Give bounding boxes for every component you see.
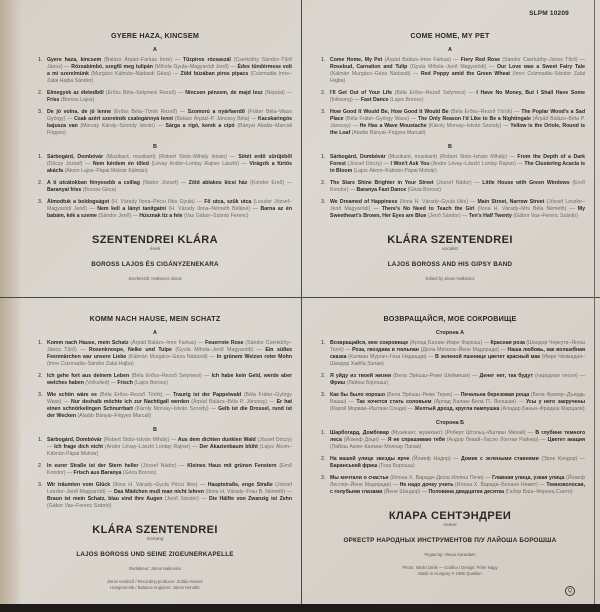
track-medley: We Dreamed of Happiness (Ilona H. Várady…: [330, 199, 585, 220]
track-medley: На вашей улице звезды ярче (Йожеф Надор)…: [330, 456, 585, 470]
song-credits: (Árpád Balázs–Imre Farkas) —: [382, 57, 460, 63]
song-title: Половина двадцатки десятка: [428, 489, 504, 495]
song-credits: (Volkslied) —: [84, 380, 117, 386]
song-credits: (Kálmán Murgács–Géza Nádasdi) —: [330, 71, 421, 77]
track-medley: De jó volna, de jó lenne (Erőss Béla–Tör…: [47, 109, 292, 137]
song-title: Sötét erdő sűrűjéből: [238, 154, 292, 160]
editor-credit: Redakteur: János Halkovics: [12, 566, 298, 571]
song-title: Hauptstraße, enge Straße: [208, 482, 273, 488]
song-credits: (Калман Мургач–Геза Надашди) —: [347, 354, 436, 360]
song-title: Traurig ist der Pappelwald: [173, 392, 241, 398]
song-credits: (Béla Erőss–Rezső Török) —: [97, 392, 173, 398]
song-credits: (Béla Fráter–György Wass) —: [344, 116, 418, 122]
track-number: 1.: [321, 57, 330, 85]
track-medley: Sárbogárd, Dombóvár (Musikant, musikant)…: [330, 154, 585, 175]
song-credits: (Йене Шандор) —: [382, 489, 428, 495]
song-credits: (Лайош Борошш): [345, 380, 388, 386]
track-entry: 3.Wir träumten vom Glück (Ilona H. Várad…: [38, 482, 292, 510]
song-title: Rosenknospe, Nelke und Tulpe: [89, 347, 172, 353]
editor-credit: Edited by János Halkovics: [307, 276, 593, 281]
song-credits: (Aladár Bányai–Frigyes Marcali): [350, 130, 425, 136]
side-label: B: [12, 427, 298, 433]
side-label: B: [307, 144, 593, 150]
song-credits: (Népdal) —: [263, 90, 292, 96]
band-name: ОРКЕСТР НАРОДНЫХ ИНСТРУМЕНТОВ П/У ЛАЙОША…: [307, 537, 593, 544]
song-title: Sárbogárd, Dombóvár: [47, 437, 102, 443]
song-title: Sárbogárd, Dombóvár: [47, 154, 103, 160]
artist-role: ének: [12, 247, 298, 252]
song-credits: (Béla Erőss–Rezső Török) —: [449, 109, 522, 115]
track-number: 2.: [321, 90, 330, 104]
song-credits: (Balázs Árpád–P. Jánossy Béla) —: [173, 116, 258, 122]
song-title: В зеленой пшенице цветет красный мак: [435, 354, 540, 360]
song-credits: (Sándor Cserkúthy–János Tűrő) —: [500, 57, 585, 63]
song-credits: (Dóczy József) —: [47, 161, 93, 167]
song-title: Aus dem dichten dunklen Wald: [178, 437, 256, 443]
song-title: In eurer Straße ist der Stern heller: [47, 463, 138, 469]
song-credits: (Аладар Баньи–Фридеш Марцали): [499, 406, 584, 412]
song-title: Возвращайся, мое сокровище: [330, 340, 408, 346]
song-title: Nur deshalb möchte ich zur Nachtigall we…: [71, 399, 189, 405]
production-credit-line: Hangmérnök / Balance engineer: János Hor…: [12, 585, 298, 591]
song-title: Zöld búzában piros pipacs: [181, 71, 249, 77]
track-medley: Wie schön wäre es (Béla Erőss–Rezső Törö…: [47, 392, 292, 420]
track-entry: 3.De jó volna, de jó lenne (Erőss Béla–T…: [38, 109, 292, 137]
song-credits: (Бела Эрëшш–Реже Шеймеши) —: [391, 373, 480, 379]
panel-german: KOMM NACH HAUSE, MEIN SCHATZ A1.Komm nac…: [12, 298, 298, 604]
track-number: 1.: [38, 340, 47, 368]
song-credits: (Nádor József) —: [140, 180, 189, 186]
song-credits: (Lajos Boross): [133, 380, 168, 386]
band-name: BOROSS LAJOS ÉS CIGÁNYZENEKARA: [12, 261, 298, 268]
track-entry: 1.Sárbogárd, Dombóvár (Musikant, musikan…: [38, 154, 292, 175]
track-number: 2.: [321, 456, 330, 470]
panel-divider-vertical: [301, 0, 302, 604]
track-entry: 2.The Stars Shine Brighter in Your Stree…: [321, 180, 585, 194]
song-credits: (Gábor Vas–Ferenc Szántó): [47, 503, 112, 509]
track-medley: Elmegyek az életedből (Erőss Béla–Selyme…: [47, 90, 292, 104]
song-title: Frisch aus Baranya: [74, 470, 122, 476]
song-title: Усы у него закручены: [526, 399, 585, 405]
song-title: На вашей улице звезды ярче: [330, 456, 409, 462]
track-medley: Как бы было хорошо (Бела Эрëшш–Реже Тере…: [330, 392, 585, 413]
song-title: Our Love was a Sweet Fairy Tale: [497, 64, 585, 70]
song-credits: (Йожеф Надор) —: [409, 456, 460, 462]
song-title: Шарбогард, Домбовар: [330, 430, 389, 436]
song-title: We Dreamed of Happiness: [330, 199, 397, 205]
song-title: Красная роза: [490, 340, 524, 346]
song-title: Tűzpiros rózsaszál: [183, 57, 231, 63]
track-medley: Come Home, My Pet (Árpád Balázs–Imre Far…: [330, 57, 585, 85]
song-title: The Only Reason I'd Like to Be a Nightin…: [418, 116, 531, 122]
song-title: Main Street, Narrow Street: [477, 199, 544, 205]
song-title: Я уйду из твоей жизни: [330, 373, 391, 379]
song-credits: (Musikant, musikant) (Robert Stolz–Istvá…: [386, 154, 518, 160]
track-medley: A ti utcátokban fényesebb a csillag (Nád…: [47, 180, 292, 194]
sleeve-bottom-shadow: [0, 604, 600, 612]
qualiton-logo-icon: Q: [565, 586, 575, 596]
song-credits: (Gábor Vas–Ferenc Szántó): [512, 213, 578, 219]
song-title: Die Hälfte von Zwanzig ist Zehn: [209, 496, 292, 502]
song-credits: (Morvay Károly–Szondy István) —: [78, 123, 166, 129]
production-credits: Photo: István Deák — Grafika / Design: P…: [307, 565, 593, 577]
song-title: Rosebud, Carnation and Tulip: [330, 64, 407, 70]
track-entry: 1.Возвращайся, мое сокровище (Арпад Бала…: [321, 340, 585, 368]
song-title: Домик с зелеными ставнями: [461, 456, 539, 462]
track-entry: 3.Как бы было хорошо (Бела Эрëшш–Реже Те…: [321, 392, 585, 413]
track-medley: Wir träumten vom Glück (Ilona H. Várady–…: [47, 482, 292, 510]
album-title: ВОЗВРАЩАЙСЯ, МОЕ СОКРОВИЩЕ: [307, 314, 593, 323]
artist-role: vocalist: [307, 247, 593, 252]
song-credits: (Robert Stolz–István Mihály) —: [102, 437, 178, 443]
song-title: Komm nach Hause, mein Schatz: [47, 340, 129, 346]
song-credits: (Géza Boross): [406, 187, 441, 193]
track-medley: I'll Get Out of Your Life (Béla Erőss–Re…: [330, 90, 585, 104]
tracklist: A1.Komm nach Hause, mein Schatz (Árpád B…: [12, 330, 298, 510]
song-title: Csak azért szeretnék csalogánnyá lenni: [74, 116, 173, 122]
track-number: 1.: [321, 430, 330, 451]
song-credits: (Карой Морваи–Иштван Сонди) —: [330, 406, 415, 412]
song-title: Ich gehe fort aus deinem Leben: [47, 373, 129, 379]
panel-russian: ВОЗВРАЩАЙСЯ, МОЕ СОКРОВИЩЕ Сторона А1.Во…: [307, 298, 593, 604]
song-title: Не надо дочку учить: [400, 482, 454, 488]
side-label: Сторона А: [307, 330, 593, 336]
track-number: 3.: [321, 475, 330, 496]
song-credits: (Kálmán Murgács–Géza Nádasdi) —: [126, 354, 217, 360]
song-credits: (Геза Борошш): [378, 463, 415, 469]
song-title: Frisch: [117, 380, 133, 386]
track-entry: 1.Komm nach Hause, mein Schatz (Árpád Ba…: [38, 340, 292, 368]
artist-name: KLÁRA SZENTENDREI: [12, 524, 298, 536]
song-credits: (Бела Эрëшш–Реже Терек) —: [385, 392, 461, 398]
song-credits: (Musikant, musikant) (Robert Stolz–Mihál…: [103, 154, 238, 160]
song-credits: (Balázs Árpád–Farkas Imre) —: [101, 57, 183, 63]
song-credits: (Эрне Кондор) —: [539, 456, 585, 462]
track-entry: 3.Wie schön wäre es (Béla Erőss–Rezső Tö…: [38, 392, 292, 420]
track-number: 3.: [38, 482, 47, 510]
song-credits: (народная песня) —: [533, 373, 585, 379]
production-credit-line: Made in Hungary ℗ 1986 Qualiton: [307, 571, 593, 577]
song-title: Álmodtuk a boldogságot: [47, 199, 109, 205]
song-credits: (Boross Géza): [81, 187, 116, 193]
song-title: Как бы было хорошо: [330, 392, 385, 398]
song-credits: (József Nádor) —: [434, 180, 483, 186]
track-medley: Шарбогард, Домбовар (Музикант, музикант)…: [330, 430, 585, 451]
track-entry: 2.I'll Get Out of Your Life (Béla Erőss–…: [321, 90, 585, 104]
song-credits: (Арпад Балаж–Бела П. Яношши) —: [431, 399, 526, 405]
song-title: Nem kell a lányt tanítgatni: [97, 206, 166, 212]
song-title: Так хочется стать соловьем: [356, 399, 431, 405]
song-title: Ten's Half Twenty: [469, 213, 512, 219]
song-title: Wie schön wäre es: [47, 392, 97, 398]
song-title: Friss: [47, 97, 59, 103]
song-credits: (Géza Boross): [121, 470, 156, 476]
track-medley: Я уйду из твоей жизни (Бела Эрëшш–Реже Ш…: [330, 373, 585, 387]
song-credits: (Károly Morvay–István Szondy) —: [133, 406, 218, 412]
song-title: I Have No Money, But I Shall Have Some: [476, 90, 585, 96]
song-title: The Stars Shine Brighter in Your Street: [330, 180, 434, 186]
song-title: Der Akazienbaum blüht: [200, 444, 258, 450]
song-title: Я не спрашиваю тебя: [388, 437, 445, 443]
song-credits: (Erőss Béla–Török Rezső) —: [111, 109, 188, 115]
song-title: Das Mädchen muß man nicht lehren: [114, 489, 204, 495]
track-medley: Gyere haza, kincsem (Balázs Árpád–Farkas…: [47, 57, 292, 85]
catalog-number: SLPM 10209: [529, 10, 569, 17]
song-title: Мы мечтали о счастье: [330, 475, 389, 481]
song-credits: (Imre Csizmadia–Sándor Zalai Hajba): [47, 361, 134, 367]
song-title: Fiery Red Rose: [461, 57, 500, 63]
artist-role: пение: [307, 523, 593, 528]
song-title: Fast Dance: [361, 97, 389, 103]
song-credits: (Gyula Mihola–Jenő Magyaródi) —: [407, 64, 497, 70]
song-credits: (Vas Gábor–Szántó Ferenc): [183, 213, 249, 219]
song-credits: (Árpád Balázs–Béla P. Jánossy) —: [189, 399, 276, 405]
track-entry: 1.Шарбогард, Домбовар (Музикант, музикан…: [321, 430, 585, 451]
track-number: 1.: [38, 57, 47, 85]
song-credits: (Andor Lévay–László Lontay Rajner) —: [430, 161, 525, 167]
track-number: 2.: [38, 180, 47, 194]
sleeve-right-edge: [594, 0, 595, 604]
track-number: 2.: [38, 90, 47, 104]
song-title: Come Home, My Pet: [330, 57, 382, 63]
tracklist: Сторона А1.Возвращайся, мое сокровище (А…: [307, 330, 593, 496]
track-medley: Sárbogárd, Dombóvár (Musikant, musikant)…: [47, 154, 292, 175]
song-credits: (H. Várady Ilona–Pécsi Illés Gyula) —: [109, 199, 204, 205]
side-label: A: [12, 330, 298, 336]
track-medley: Álmodtuk a boldogságot (H. Várady Ilona–…: [47, 199, 292, 220]
track-number: 1.: [321, 340, 330, 368]
track-entry: 3.Мы мечтали о счастье (Илона Х. Варади–…: [321, 475, 585, 496]
song-title: Szomorú a nyárfaerdő: [188, 109, 245, 115]
side-label: B: [12, 144, 298, 150]
production-credits: Zenei rendező / Recording producer: Zolt…: [12, 579, 298, 591]
song-title: Цветет акация: [548, 437, 585, 443]
track-number: 1.: [321, 154, 330, 175]
side-label: A: [307, 47, 593, 53]
artist-name: KLÁRA SZENTENDREI: [307, 234, 593, 246]
song-credits: (Арпад Балаж–Имре Фаркаш) —: [408, 340, 490, 346]
song-title: I Won't Ask You: [390, 161, 429, 167]
song-title: Red Poppy amid the Green Wheat: [421, 71, 510, 77]
artist-role: Gesang: [12, 537, 298, 542]
track-medley: Возвращайся, мое сокровище (Арпад Балаж–…: [330, 340, 585, 368]
song-credits: (Лайош Аком–Калман Молнар Папаи): [330, 444, 421, 450]
song-title: In grünem Weizen roter Mohn: [217, 354, 292, 360]
track-entry: 2.Я уйду из твоей жизни (Бела Эрëшш–Реже…: [321, 373, 585, 387]
song-credits: (Erőss Béla–Selymesi Rezső) —: [104, 90, 186, 96]
song-credits: (Jenő Sándor) —: [426, 213, 468, 219]
track-medley: Мы мечтали о счастье (Илона Х. Варади–Дю…: [330, 475, 585, 496]
track-number: 1.: [38, 154, 47, 175]
band-name: LAJOS BOROSS AND HIS GIPSY BAND: [307, 261, 593, 268]
song-title: Фриш: [330, 380, 345, 386]
song-credits: (Aladár Bányai–Frigyes Marcali): [76, 413, 151, 419]
song-title: He Has a Wave Moustache: [360, 123, 427, 129]
panel-english: SLPM 10209 COME HOME, MY PET A1.Come Hom…: [307, 0, 593, 297]
track-medley: Ich gehe fort aus deinem Leben (Béla Erő…: [47, 373, 292, 387]
song-credits: (Sándor Jenő) —: [97, 213, 139, 219]
song-credits: (Дюла Михола–Йене Мадяради) —: [419, 347, 508, 353]
song-credits: (Музикант, музикант) (Роберт Штольц–Иштв…: [389, 430, 535, 436]
song-title: Sárbogárd, Dombóvár: [330, 154, 386, 160]
track-entry: 1.Sárbogárd, Dombóvár (Robert Stolz–Istv…: [38, 437, 292, 458]
track-number: 3.: [38, 199, 47, 220]
song-credits: (Lévay Andor–Lontay Rajner László) —: [149, 161, 249, 167]
song-credits: (József Nádor) —: [138, 463, 187, 469]
song-title: Feuerrote Rose: [205, 340, 243, 346]
song-credits: (József Dóczy) —: [346, 161, 391, 167]
song-credits: (Béla Erőss–Rezső Selymesi) —: [129, 373, 211, 379]
song-credits: (Lajos Boross): [389, 97, 424, 103]
song-title: Little House with Green Windows: [482, 180, 569, 186]
song-title: A ti utcátokban fényesebb a csillag: [47, 180, 140, 186]
tracklist: A1.Gyere haza, kincsem (Balázs Árpád–Far…: [12, 47, 298, 220]
song-title: Желтый дрозд, кругла пампушка: [415, 406, 500, 412]
song-credits: (Béla Erőss–Rezső Selymesi) —: [392, 90, 476, 96]
track-entry: 2.Elmegyek az életedből (Erőss Béla–Sely…: [38, 90, 292, 104]
track-medley: Komm nach Hause, mein Schatz (Árpád Balá…: [47, 340, 292, 368]
track-number: 3.: [321, 392, 330, 413]
song-credits: (Габор Ваш–Ференц Санто): [504, 489, 573, 495]
song-credits: (Árpád Balázs–Imre Farkas) —: [129, 340, 206, 346]
song-credits: (Илона Х. Варади–Дюла Иллеш Печи) —: [389, 475, 493, 481]
song-credits: (Gyula Mihola–Jenő Magyaródi) —: [172, 347, 266, 353]
song-title: Wir träumten vom Glück: [47, 482, 110, 488]
song-title: Baranyai friss: [47, 187, 81, 193]
track-medley: Sárbogárd, Dombóvár (Robert Stolz–István…: [47, 437, 292, 458]
track-medley: How Good It Would Be, How Good It Would …: [330, 109, 585, 137]
song-title: Elmegyek az életedből: [47, 90, 104, 96]
song-credits: (Ilona H. Várady–Mrs Béla Németh) —: [474, 206, 577, 212]
song-title: Húsznak tíz a fele: [139, 213, 182, 219]
track-entry: 1.Come Home, My Pet (Árpád Balázs–Imre F…: [321, 57, 585, 85]
track-number: 1.: [38, 437, 47, 458]
song-credits: (Mihola Gyula–Magyaródi Jenő) —: [153, 64, 238, 70]
artist-name: КЛАРА СЕНТЭНДРЕИ: [307, 510, 593, 522]
track-number: 2.: [321, 373, 330, 387]
song-credits: (Ilona H. Várady–Gyula Illés) —: [397, 199, 477, 205]
song-credits: (Илона Х. Варади–Белане Немет) —: [453, 482, 546, 488]
song-credits: (Kondor Ernő) —: [247, 180, 292, 186]
song-credits: (folksong) —: [330, 97, 361, 103]
track-number: 2.: [321, 180, 330, 194]
song-title: Ich frage dich nicht: [54, 444, 103, 450]
song-credits: (Ákom Lajos–Pápai Molnár Kálmán): [63, 168, 147, 174]
song-credits: (Андор Левай–Ласло Лонтаи Райнер) —: [445, 437, 548, 443]
song-title: I'll Get Out of Your Life: [330, 90, 392, 96]
side-label: Сторона Б: [307, 420, 593, 426]
track-number: 3.: [38, 109, 47, 137]
album-title: KOMM NACH HAUSE, MEIN SCHATZ: [12, 314, 298, 323]
track-entry: 3.How Good It Would Be, How Good It Woul…: [321, 109, 585, 137]
song-title: Sárga a rigó, kerek a cipó: [166, 123, 235, 129]
song-credits: (Йожеф Доци) —: [342, 437, 388, 443]
song-title: How Good It Would Be, How Good It Would …: [330, 109, 449, 115]
track-number: 3.: [38, 392, 47, 420]
song-title: Kleines Haus mit grünen Fenstern: [187, 463, 276, 469]
song-title: Баранський фриш: [330, 463, 378, 469]
track-number: 2.: [38, 373, 47, 387]
track-number: 3.: [321, 199, 330, 220]
song-credits: (Jenő Sándor) —: [162, 496, 209, 502]
song-credits: (Károly Morvay–István Szondy) —: [427, 123, 511, 129]
song-title: Braun ist mein Schatz, blau sind ihre Au…: [47, 496, 162, 502]
editor-credit: Редактор: Янош Халкович: [307, 552, 593, 557]
record-sleeve-back: GYERE HAZA, KINCSEM A1.Gyere haza, kincs…: [0, 0, 600, 604]
side-label: A: [12, 47, 298, 53]
song-title: De jó volna, de jó lenne: [47, 109, 111, 115]
song-title: Роза, гвоздика и тюльпан: [352, 347, 419, 353]
song-title: Zöld ablakos kicsi ház: [189, 180, 248, 186]
song-title: There's No Need to Teach the Girl: [382, 206, 475, 212]
song-title: Nem kérdem én tőled: [93, 161, 149, 167]
song-title: Главная улица, узкая улица: [492, 475, 564, 481]
track-entry: 2.Ich gehe fort aus deinem Leben (Béla E…: [38, 373, 292, 387]
song-title: Gyere haza, kincsem: [47, 57, 101, 63]
album-title: COME HOME, MY PET: [307, 31, 593, 40]
track-entry: 2.A ti utcátokban fényesebb a csillag (N…: [38, 180, 292, 194]
song-credits: (Lajos Ákom–Kálmán Pápai Molnár): [352, 168, 436, 174]
song-title: Baranya Fast Dance: [357, 187, 407, 193]
track-medley: In eurer Straße ist der Stern heller (Jó…: [47, 463, 292, 477]
track-entry: 1.Gyere haza, kincsem (Balázs Árpád–Fark…: [38, 57, 292, 85]
track-medley: The Stars Shine Brighter in Your Street …: [330, 180, 585, 194]
track-entry: 3.We Dreamed of Happiness (Ilona H. Vára…: [321, 199, 585, 220]
song-credits: (Boross Lajos): [59, 97, 94, 103]
song-title: Fő utca, szűk utca: [204, 199, 251, 205]
band-name: LAJOS BOROSS UND SEINE ZIGEUNERKAPELLE: [12, 551, 298, 558]
song-title: Nincsen pénzem, de majd lesz: [185, 90, 262, 96]
song-credits: (Ilona H. Várady–Gyula Pécsi Illés) —: [110, 482, 208, 488]
song-credits: (H. Várady Ilona–Németh Béláné) —: [166, 206, 260, 212]
track-entry: 1.Sárbogárd, Dombóvár (Musikant, musikan…: [321, 154, 585, 175]
song-credits: (Murgács Kálmán–Nádasdi Géza) —: [89, 71, 181, 77]
song-title: Печальна березовая роща: [461, 392, 530, 398]
song-credits: (Ilona H. Várady–Frau B. Németh) —: [204, 489, 292, 495]
panel-hungarian: GYERE HAZA, KINCSEM A1.Gyere haza, kincs…: [12, 0, 298, 297]
editor-credit: Szerkesztő: Halkovics János: [12, 276, 298, 281]
song-credits: (Andor Lévay–László Lontay Rajner) —: [103, 444, 199, 450]
track-entry: 2.In eurer Straße ist der Stern heller (…: [38, 463, 292, 477]
track-number: 2.: [38, 463, 47, 477]
song-title: Rózsabimbó, szegfű meg tulipán: [71, 64, 153, 70]
album-title: GYERE HAZA, KINCSEM: [12, 31, 298, 40]
tracklist: A1.Come Home, My Pet (Árpád Balázs–Imre …: [307, 47, 593, 220]
artist-name: SZENTENDREI KLÁRA: [12, 234, 298, 246]
track-number: 3.: [321, 109, 330, 137]
track-entry: 3.Álmodtuk a boldogságot (H. Várady Ilon…: [38, 199, 292, 220]
track-entry: 2.На вашей улице звезды ярче (Йожеф Надо…: [321, 456, 585, 470]
song-title: Денег нет, так будут: [480, 373, 534, 379]
